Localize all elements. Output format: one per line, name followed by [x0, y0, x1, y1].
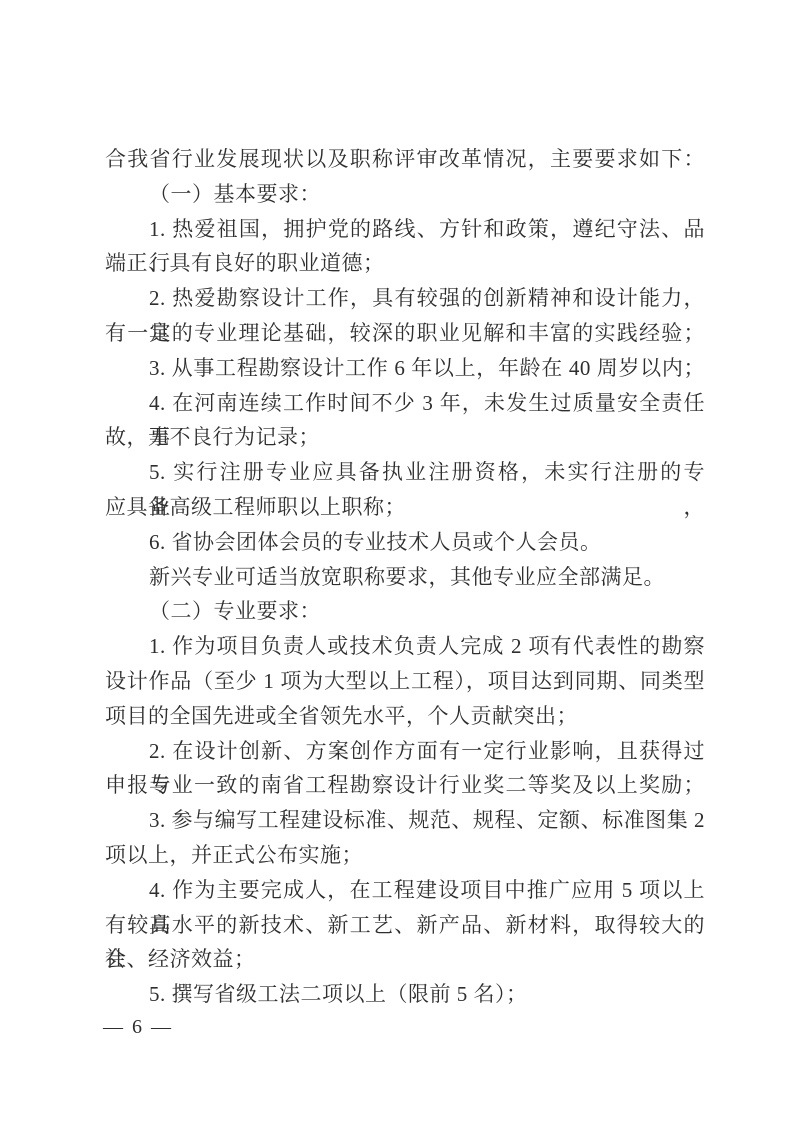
document-page: 合我省行业发展现状以及职称评审改革情况，主要要求如下：（一）基本要求：1. 热爱… — [0, 0, 800, 1131]
text-line: （二）专业要求： — [105, 594, 705, 629]
text-line: 项以上，并正式公布实施； — [105, 838, 705, 873]
text-line: 会、经济效益； — [105, 942, 705, 977]
text-line: 3. 参与编写工程建设标准、规范、规程、定额、标准图集 2 — [105, 803, 705, 838]
text-line: 项目的全国先进或全省领先水平，个人贡献突出； — [105, 699, 705, 734]
text-line: 新兴专业可适当放宽职称要求，其他专业应全部满足。 — [105, 560, 705, 595]
text-line: 4. 作为主要完成人，在工程建设项目中推广应用 5 项以上具 — [105, 873, 705, 908]
footer-page-number: — 6 — — [103, 1016, 173, 1038]
text-line: 1. 热爱祖国，拥护党的路线、方针和政策，遵纪守法、品行 — [105, 212, 705, 247]
text-line: 3. 从事工程勘察设计工作 6 年以上，年龄在 40 周岁以内； — [105, 351, 705, 386]
text-line: 故，无不良行为记录； — [105, 420, 705, 455]
page-footer: — 6 — — [103, 1012, 173, 1042]
text-line: 1. 作为项目负责人或技术负责人完成 2 项有代表性的勘察 — [105, 629, 705, 664]
document-body: 合我省行业发展现状以及职称评审改革情况，主要要求如下：（一）基本要求：1. 热爱… — [105, 142, 705, 1012]
text-line: 2. 热爱勘察设计工作，具有较强的创新精神和设计能力，具 — [105, 281, 705, 316]
text-line: 2. 在设计创新、方案创作方面有一定行业影响，且获得过与 — [105, 734, 705, 769]
text-line: （一）基本要求： — [105, 177, 705, 212]
text-line: 5. 实行注册专业应具备执业注册资格，未实行注册的专业， — [105, 455, 705, 490]
text-line: 设计作品（至少 1 项为大型以上工程），项目达到同期、同类型 — [105, 664, 705, 699]
text-line: 端正、具有良好的职业道德； — [105, 246, 705, 281]
text-line: 5. 撰写省级工法二项以上（限前 5 名）； — [105, 977, 705, 1012]
text-line: 合我省行业发展现状以及职称评审改革情况，主要要求如下： — [105, 142, 705, 177]
text-line: 申报专业一致的南省工程勘察设计行业奖二等奖及以上奖励； — [105, 768, 705, 803]
text-line: 4. 在河南连续工作时间不少 3 年，未发生过质量安全责任事 — [105, 386, 705, 421]
text-line: 6. 省协会团体会员的专业技术人员或个人会员。 — [105, 525, 705, 560]
text-line: 有一定的专业理论基础，较深的职业见解和丰富的实践经验； — [105, 316, 705, 351]
text-line: 有较高水平的新技术、新工艺、新产品、新材料，取得较大的社 — [105, 908, 705, 943]
